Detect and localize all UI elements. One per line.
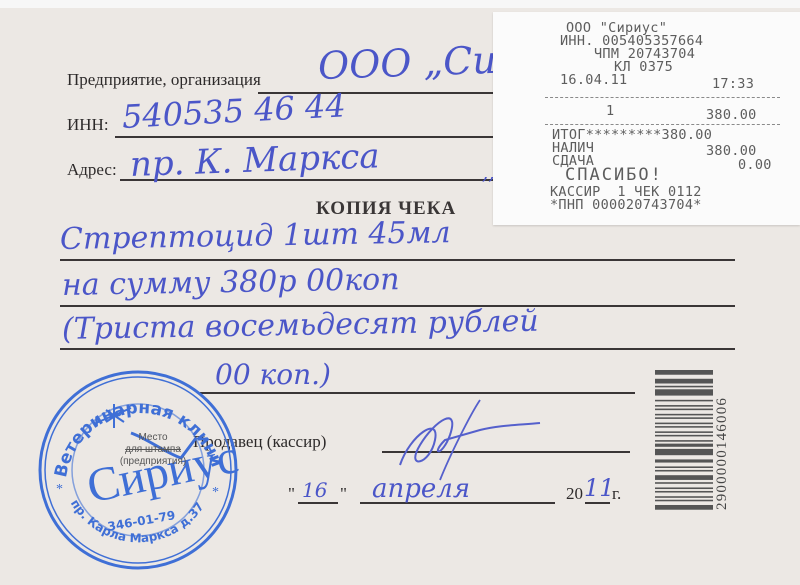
date-year-label: г.	[612, 484, 621, 504]
date-quote-open: "	[288, 484, 295, 504]
date-year-suffix: 11	[584, 474, 615, 502]
receipt-qty: 1	[606, 103, 614, 119]
date-month: апреля	[372, 474, 470, 504]
organization-value: ООО „Сир	[317, 37, 522, 88]
body-line-4	[200, 392, 635, 394]
signature-scribble	[380, 395, 550, 485]
handwritten-line-2: на сумму 380р 00коп	[62, 262, 400, 303]
receipt-thanks: СПАСИБО!	[565, 165, 663, 185]
body-line-1	[60, 259, 735, 261]
handwritten-line-1: Стрептоцид 1шт 45мл	[60, 215, 451, 257]
inn-label: ИНН:	[67, 115, 109, 135]
receipt-change-value: 0.00	[738, 157, 772, 173]
date-year-line	[585, 502, 610, 504]
stamp-placeholder: Место для штампа (предприятия)	[118, 432, 188, 468]
barcode-digits: 2900000146006	[706, 370, 736, 512]
receipt-pnp: *ПНП 000020743704*	[550, 197, 702, 213]
receipt-item-price: 380.00	[706, 107, 757, 123]
date-year-prefix: 20	[566, 484, 583, 504]
stamp-placeholder-line-2: для штампа	[118, 444, 188, 456]
receipt-divider-1	[545, 97, 780, 98]
svg-text:2900000146006: 2900000146006	[714, 397, 730, 510]
inn-line	[115, 136, 493, 138]
receipt-date: 16.04.11	[560, 72, 627, 88]
stamp-placeholder-line-1: Место	[118, 432, 188, 444]
receipt-time: 17:33	[712, 76, 754, 92]
receipt-divider-2	[545, 124, 780, 125]
body-line-3	[60, 348, 735, 350]
clinic-stamp: Ветеринарная клиника пр. Карла Маркса д.…	[36, 368, 241, 573]
date-quote-close: "	[340, 484, 347, 504]
address-label: Адрес:	[67, 160, 117, 180]
date-day-line	[298, 502, 338, 504]
organization-label: Предприятие, организация	[67, 70, 261, 90]
svg-text:*: *	[212, 485, 219, 500]
barcode	[655, 370, 713, 512]
svg-text:*: *	[56, 482, 63, 497]
date-day: 16	[302, 478, 327, 502]
stamp-placeholder-line-3: (предприятия)	[118, 456, 188, 468]
